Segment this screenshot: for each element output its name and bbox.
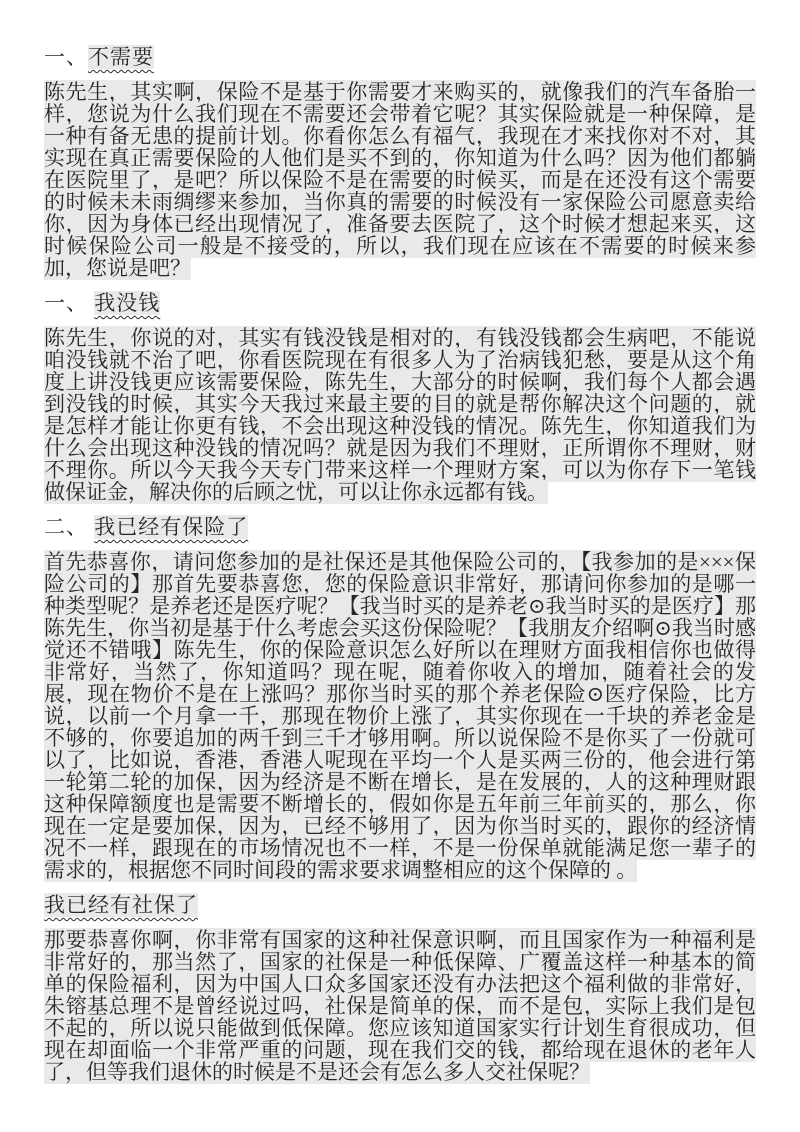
section-heading: 二、 我已经有保险了 [44,516,756,538]
section-paragraph: 首先恭喜你，请问您参加的是社保还是其他保险公司的，【我参加的是×××保险公司的】… [44,551,756,881]
heading-title: 不需要 [88,45,154,69]
document-page: 一、不需要 陈先生，其实啊，保险不是基于你需要才来购买的，就像我们的汽车备胎一样… [0,0,800,1132]
heading-number: 二、 [44,515,94,539]
section-heading: 我已经有社保了 [44,894,756,916]
section-already-social-insurance: 我已经有社保了 那要恭喜你啊，你非常有国家的这种社保意识啊，而且国家作为一种福利… [44,894,756,1083]
section-no-money: 一、 我没钱 陈先生，你说的对，其实有钱没钱是相对的，有钱没钱都会生病吧，不能说… [44,292,756,503]
section-heading: 一、 我没钱 [44,292,756,314]
paragraph-text: 陈先生，你说的对，其实有钱没钱是相对的，有钱没钱都会生病吧，不能说咱没钱就不治了… [44,326,756,504]
section-heading: 一、不需要 [44,46,756,68]
heading-title: 我已经有保险了 [94,515,248,539]
paragraph-text: 首先恭喜你，请问您参加的是社保还是其他保险公司的，【我参加的是×××保险公司的】… [44,550,756,882]
heading-title: 我已经有社保了 [44,893,198,917]
section-no-need: 一、不需要 陈先生，其实啊，保险不是基于你需要才来购买的，就像我们的汽车备胎一样… [44,46,756,279]
section-paragraph: 那要恭喜你啊，你非常有国家的这种社保意识啊，而且国家作为一种福利是非常好的，那当… [44,929,756,1083]
section-already-insured: 二、 我已经有保险了 首先恭喜你，请问您参加的是社保还是其他保险公司的，【我参加… [44,516,756,881]
section-paragraph: 陈先生，其实啊，保险不是基于你需要才来购买的，就像我们的汽车备胎一样，您说为什么… [44,81,756,279]
paragraph-text: 那要恭喜你啊，你非常有国家的这种社保意识啊，而且国家作为一种福利是非常好的，那当… [44,928,756,1084]
heading-title: 我没钱 [94,291,160,315]
heading-number: 一、 [44,45,88,69]
paragraph-text: 陈先生，其实啊，保险不是基于你需要才来购买的，就像我们的汽车备胎一样，您说为什么… [44,80,756,280]
section-paragraph: 陈先生，你说的对，其实有钱没钱是相对的，有钱没钱都会生病吧，不能说咱没钱就不治了… [44,327,756,503]
heading-number: 一、 [44,291,94,315]
